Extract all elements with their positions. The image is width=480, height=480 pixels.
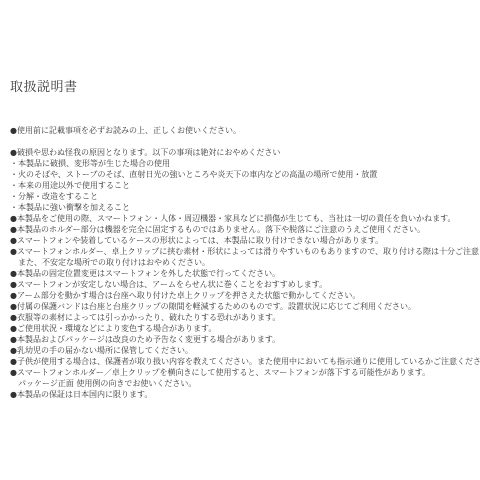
page-title: 取扱説明書: [10, 76, 78, 95]
notice-line-text: パッケージ正面 使用例の向きでお使いください。: [18, 379, 196, 388]
bullet-dot-icon: ●: [10, 214, 17, 223]
notice-line-text: 本製品およびパッケージは改良のため予告なく変更する場合があります。: [17, 335, 280, 344]
notice-line-text: 本製品に破損、変形等が生じた場合の使用: [18, 159, 170, 168]
bullet-dot-icon: ●: [10, 269, 17, 278]
notice-line: ●付属の保護バンドは台座と台座クリップの隙間を軽減するためのものです。設置状況に…: [10, 301, 480, 312]
notice-line: ●本製品およびパッケージは改良のため予告なく変更する場合があります。: [10, 334, 480, 345]
notice-line: また、不安定な場所での取り付けはおやめください。: [10, 257, 480, 268]
bullet-dot-icon: ●: [10, 247, 17, 256]
notice-line-text: 付属の保護バンドは台座と台座クリップの隙間を軽減するためのものです。設置状況に応…: [17, 302, 416, 311]
notice-line: ●子供が使用する場合は、保護者が取り扱い内容を教えてください。また使用中において…: [10, 356, 480, 367]
middle-dot-icon: ・: [10, 192, 18, 201]
notice-line-text: 本製品の固定位置変更はスマートフォンを外した状態で行ってください。: [17, 269, 280, 278]
notice-line: ●破損や思わぬ怪我の原因となります。以下の事項は絶対におやめください: [10, 147, 480, 158]
notice-line-text: 分解・改造をすること: [18, 192, 98, 201]
bullet-dot-icon: ●: [10, 335, 17, 344]
notice-line: ●使用前に記載事項を必ずお読みの上、正しくお使いください。: [10, 125, 480, 136]
middle-dot-icon: ・: [10, 181, 18, 190]
bullet-dot-icon: ●: [10, 324, 17, 333]
notice-line: ・分解・改造をすること: [10, 191, 480, 202]
notice-line: ●スマートフォンホルダー／卓上クリップを横向きにして使用すると、スマートフォンが…: [10, 367, 480, 378]
notice-line: ・本製品に強い衝撃を加えること: [10, 202, 480, 213]
notice-line: ・本製品に破損、変形等が生じた場合の使用: [10, 158, 480, 169]
notice-line-text: スマートフォンホルダー／卓上クリップを横向きにして使用すると、スマートフォンが落…: [17, 368, 430, 377]
notice-line-text: 火のそばや、ストーブのそば、直射日光の強いところや炎天下の車内などの高温の場所で…: [18, 170, 377, 179]
notice-line-text: 本来の用途以外で使用すること: [18, 181, 130, 190]
notice-line: ●スマートフォンが安定しない場合は、アームをらせん状に巻くことをおすすめします。: [10, 279, 480, 290]
bullet-dot-icon: ●: [10, 280, 17, 289]
middle-dot-icon: ・: [10, 203, 18, 212]
bullet-dot-icon: ●: [10, 225, 17, 234]
notice-line: ●本製品のホルダー部分は機器を完全に固定するものではありません。落下や脱落にご注…: [10, 224, 480, 235]
bullet-dot-icon: ●: [10, 390, 17, 399]
notice-line-text: ご使用状況・環境などにより変色する場合があります。: [17, 324, 216, 333]
bullet-dot-icon: ●: [10, 313, 17, 322]
notice-line-text: スマートフォンホルダー、卓上クリップに挟む素材・形状によっては滑りやすいものもあ…: [17, 247, 480, 256]
notice-line: ●本製品をご使用の際、スマートフォン・人体・周辺機器・家具などに損傷が生じても、…: [10, 213, 480, 224]
bullet-dot-icon: ●: [10, 126, 17, 135]
instruction-manual-page: 取扱説明書 ●使用前に記載事項を必ずお読みの上、正しくお使いください。●破損や思…: [0, 0, 480, 480]
middle-dot-icon: ・: [10, 159, 18, 168]
middle-dot-icon: ・: [10, 170, 18, 179]
bullet-dot-icon: ●: [10, 357, 17, 366]
notice-line: ・本来の用途以外で使用すること: [10, 180, 480, 191]
bullet-dot-icon: ●: [10, 302, 17, 311]
notice-line-text: 破損や思わぬ怪我の原因となります。以下の事項は絶対におやめください: [17, 148, 280, 157]
notice-line: ●スマートフォンや装着しているケースの形状によっては、本製品に取り付けできない場…: [10, 235, 480, 246]
notice-line-text: 本製品のホルダー部分は機器を完全に固定するものではありません。落下や脱落にご注意…: [17, 225, 425, 234]
notice-line-text: 子供が使用する場合は、保護者が取り扱い内容を教えてください。また使用中においても…: [17, 357, 480, 366]
bullet-dot-icon: ●: [10, 368, 17, 377]
bullet-dot-icon: ●: [10, 291, 17, 300]
notice-line-text: 本製品をご使用の際、スマートフォン・人体・周辺機器・家具などに損傷が生じても、当…: [17, 214, 456, 223]
bullet-dot-icon: ●: [10, 148, 17, 157]
notice-line: ●ご使用状況・環境などにより変色する場合があります。: [10, 323, 480, 334]
notice-line-text: 本製品に強い衝撃を加えること: [18, 203, 130, 212]
notice-line: ●スマートフォンホルダー、卓上クリップに挟む素材・形状によっては滑りやすいものも…: [10, 246, 480, 257]
notice-line: ●本製品の固定位置変更はスマートフォンを外した状態で行ってください。: [10, 268, 480, 279]
notice-line-text: 本製品の保証は日本国内に限ります。: [17, 390, 152, 399]
notice-line-text: スマートフォンが安定しない場合は、アームをらせん状に巻くことをおすすめします。: [17, 280, 327, 289]
notice-line-text: また、不安定な場所での取り付けはおやめください。: [18, 258, 210, 267]
notice-line-text: 乳幼児の手の届かない場所に保管してください。: [17, 346, 193, 355]
notice-line: ●アーム部分を動かす場合は台座へ取り付けた卓上クリップを押さえた状態で動かしてく…: [10, 290, 480, 301]
notice-line: パッケージ正面 使用例の向きでお使いください。: [10, 378, 480, 389]
notice-line-text: 使用前に記載事項を必ずお読みの上、正しくお使いください。: [17, 126, 241, 135]
notice-line-text: アーム部分を動かす場合は台座へ取り付けた卓上クリップを押さえた状態で動かしてくだ…: [17, 291, 360, 300]
notice-line: ●乳幼児の手の届かない場所に保管してください。: [10, 345, 480, 356]
notice-line-text: スマートフォンや装着しているケースの形状によっては、本製品に取り付けできない場合…: [17, 236, 383, 245]
notice-list: ●使用前に記載事項を必ずお読みの上、正しくお使いください。●破損や思わぬ怪我の原…: [10, 125, 480, 400]
notice-line: ・火のそばや、ストーブのそば、直射日光の強いところや炎天下の車内などの高温の場所…: [10, 169, 480, 180]
notice-line: ●衣服等の素材によっては引っかかったり、破れたりする恐れがあります。: [10, 312, 480, 323]
notice-line: ●本製品の保証は日本国内に限ります。: [10, 389, 480, 400]
bullet-dot-icon: ●: [10, 236, 17, 245]
notice-line-text: 衣服等の素材によっては引っかかったり、破れたりする恐れがあります。: [17, 313, 280, 322]
bullet-dot-icon: ●: [10, 346, 17, 355]
